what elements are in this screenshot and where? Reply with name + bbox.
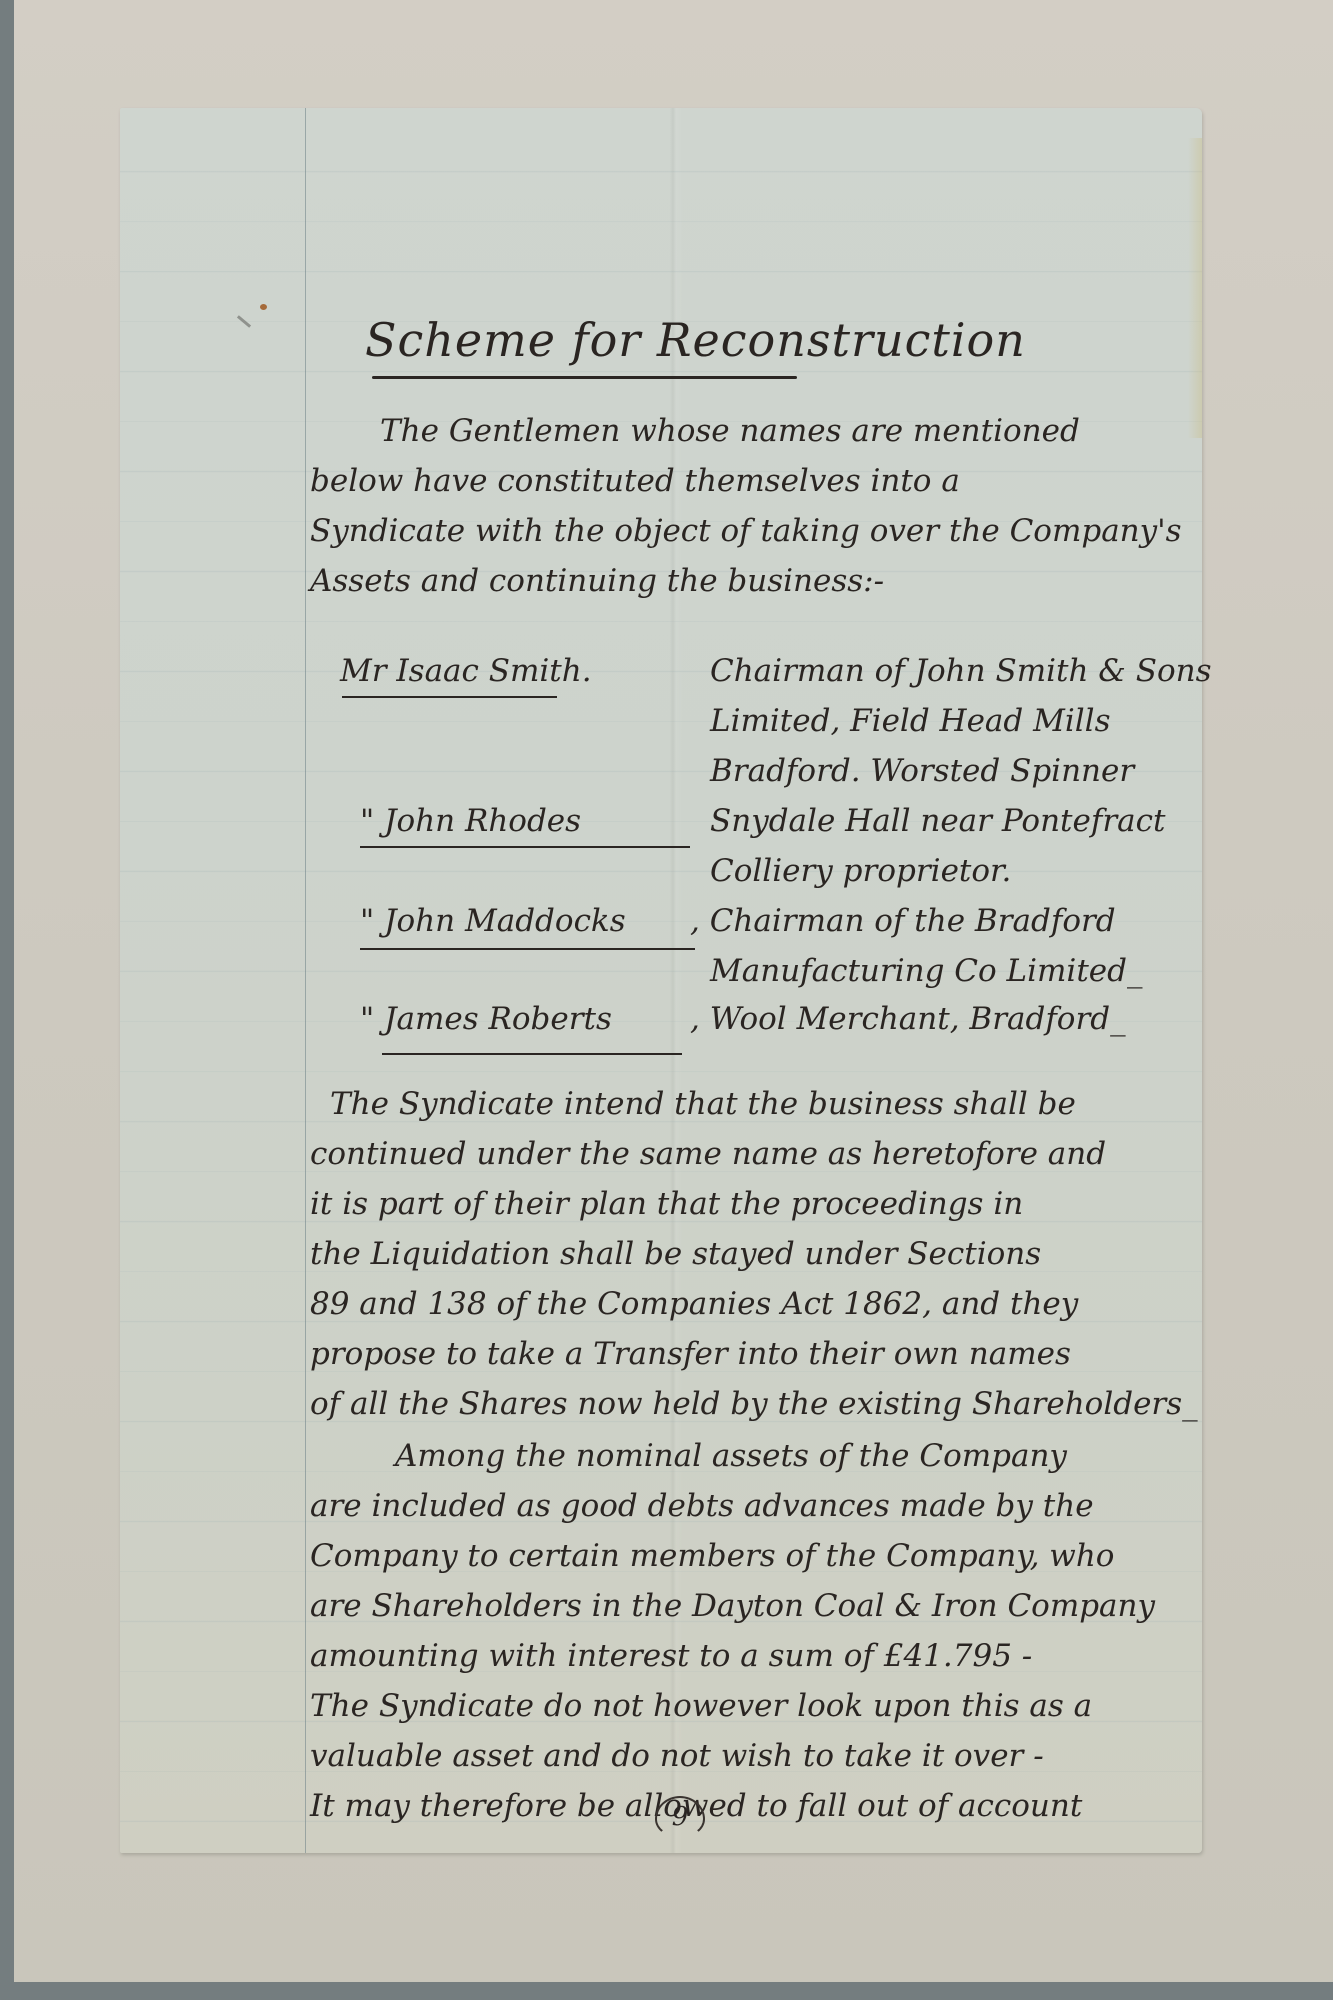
member-description: Colliery proprietor.	[710, 853, 1011, 889]
member-description: Manufacturing Co Limited_	[710, 953, 1143, 989]
body-line: are included as good debts advances made…	[310, 1488, 1094, 1524]
body-line: continued under the same name as heretof…	[310, 1136, 1106, 1172]
name-underline	[360, 846, 690, 848]
intro-line: The Gentlemen whose names are mentioned	[380, 413, 1080, 449]
body-line: amounting with interest to a sum of £41.…	[310, 1638, 1032, 1674]
member-name: " John Maddocks	[360, 903, 626, 939]
member-description: Snydale Hall near Pontefract	[710, 803, 1165, 839]
intro-line: below have constituted themselves into a	[310, 463, 960, 499]
body-line: the Liquidation shall be stayed under Se…	[310, 1236, 1041, 1272]
margin-line	[305, 108, 306, 1853]
member-description: Bradford. Worsted Spinner	[710, 753, 1134, 789]
body-line: The Syndicate do not however look upon t…	[310, 1688, 1092, 1724]
member-description: , Chairman of the Bradford	[690, 903, 1116, 939]
title-underline	[372, 376, 797, 379]
name-underline	[342, 696, 557, 698]
page-number: 9	[655, 1796, 705, 1838]
body-line: of all the Shares now held by the existi…	[310, 1386, 1198, 1422]
body-line: 89 and 138 of the Companies Act 1862, an…	[310, 1286, 1078, 1322]
member-name: Mr Isaac Smith.	[340, 653, 592, 689]
body-line: The Syndicate intend that the business s…	[330, 1086, 1076, 1122]
intro-line: Syndicate with the object of taking over…	[310, 513, 1182, 549]
body-line: propose to take a Transfer into their ow…	[310, 1336, 1071, 1372]
member-description: Chairman of John Smith & Sons	[710, 653, 1212, 689]
body-line: Among the nominal assets of the Company	[395, 1438, 1067, 1474]
member-description: , Wool Merchant, Bradford_	[690, 1001, 1126, 1037]
body-line: Company to certain members of the Compan…	[310, 1538, 1114, 1574]
body-line: valuable asset and do not wish to take i…	[310, 1738, 1044, 1774]
name-underline	[360, 948, 695, 950]
manuscript-page: Scheme for Reconstruction The Gentlemen …	[120, 108, 1202, 1853]
document-title: Scheme for Reconstruction	[365, 313, 1026, 367]
member-description: Limited, Field Head Mills	[710, 703, 1111, 739]
member-name: " James Roberts	[360, 1001, 612, 1037]
body-line: are Shareholders in the Dayton Coal & Ir…	[310, 1588, 1155, 1624]
rust-stain	[260, 304, 267, 310]
name-underline	[382, 1053, 682, 1055]
intro-line: Assets and continuing the business:-	[310, 563, 884, 599]
body-line: it is part of their plan that the procee…	[310, 1186, 1023, 1222]
member-name: " John Rhodes	[360, 803, 581, 839]
